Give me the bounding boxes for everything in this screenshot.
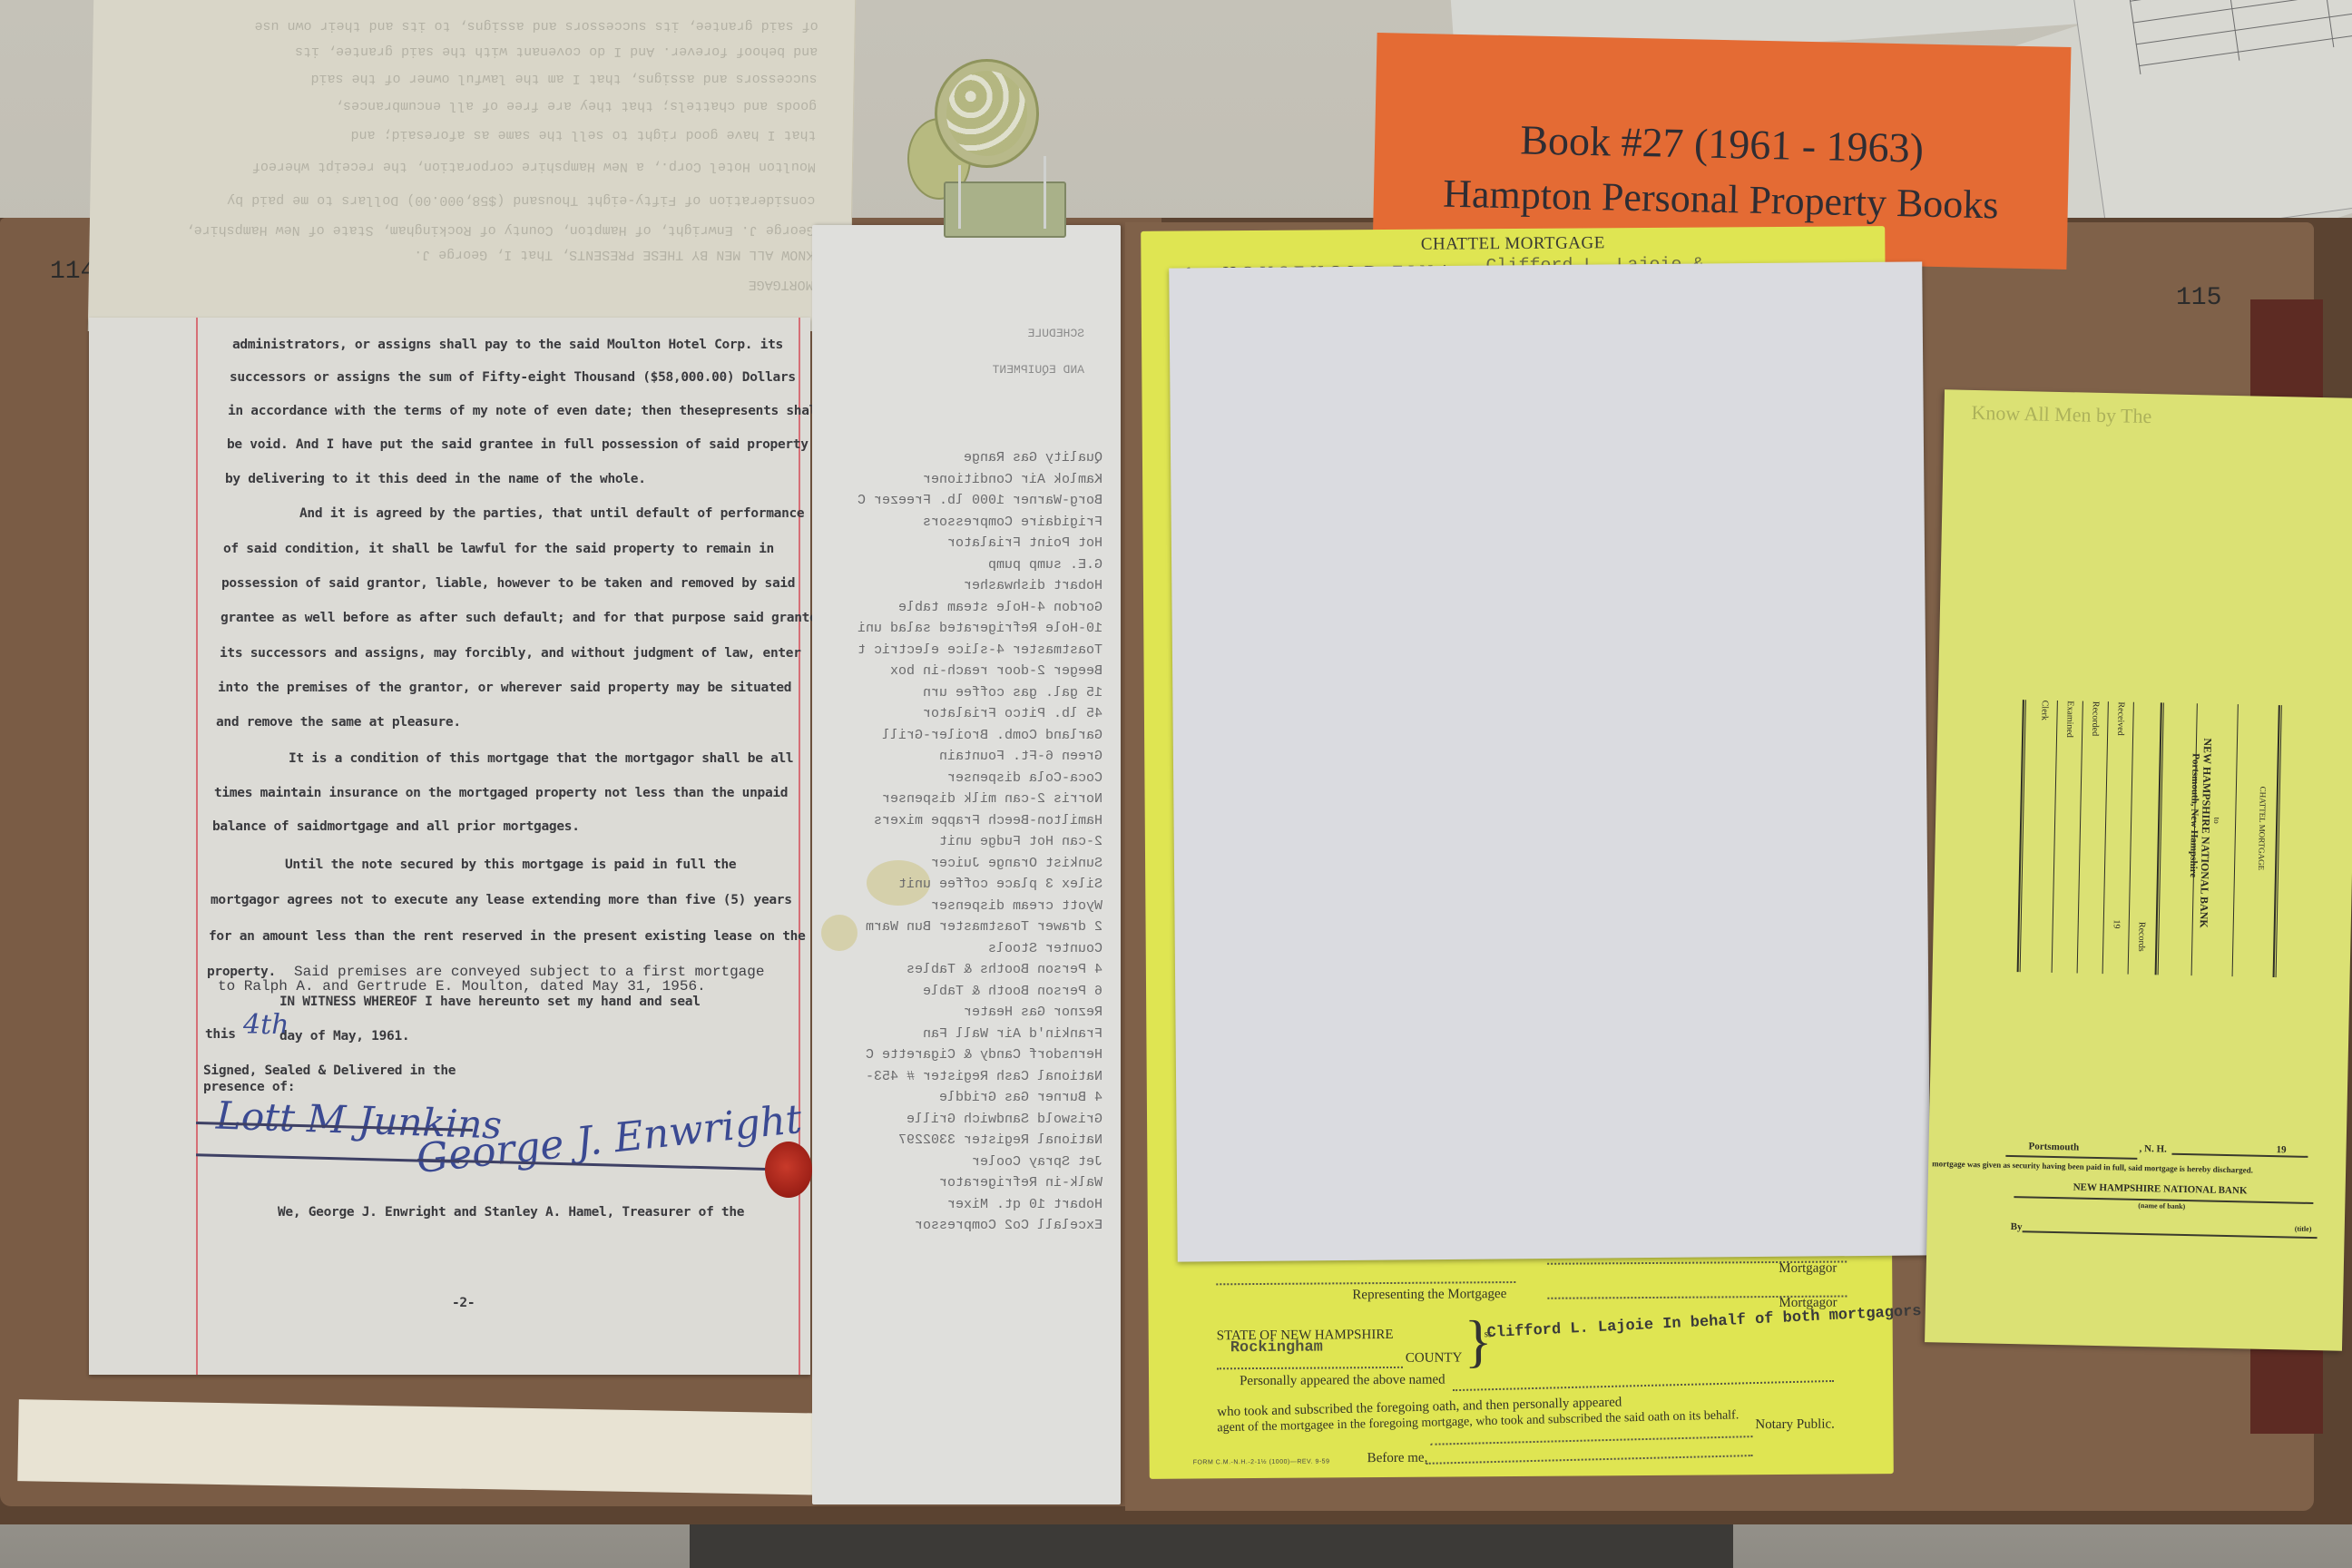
flap-text: and behoof forever. And I do covenant wi… [192, 44, 818, 59]
equipment-item: Excelall Co2 Compressor [830, 1215, 1102, 1237]
deed-added-clause: to Ralph A. and Gertrude E. Moulton, dat… [218, 978, 706, 995]
equipment-item: Counter Stools [830, 938, 1102, 960]
label-book-number: Book #27 (1961 - 1963) [1375, 113, 2070, 175]
deed-line: in accordance with the terms of my note … [228, 404, 825, 418]
equipment-item: Gordon 4-Hole steam table [830, 597, 1102, 619]
equipment-item: Hot Point Frialator [830, 533, 1102, 554]
deed-line: balance of saidmortgage and all prior mo… [212, 819, 580, 834]
equipment-item: 2 drawer Toastmaster Bun Warm [830, 916, 1102, 938]
rule [2102, 701, 2109, 974]
equipment-item: 2-can Hot Fudge unit [830, 831, 1102, 853]
deed-line: grantee as well before as after such def… [220, 611, 832, 625]
discharge-city: Portsmouth [2028, 1141, 2079, 1152]
page-number-right: 115 [2176, 284, 2221, 312]
equipment-item: National Cash Register # 453- [830, 1066, 1102, 1088]
deed-line: It is a condition of this mortgage that … [289, 751, 793, 766]
equipment-item: 45 lb. Pitco Frialator [830, 703, 1102, 725]
equipment-list: Quality Gas RangeKamlok Air ConditionerB… [830, 447, 1102, 1237]
equipment-item: Coca-Cola dispenser [830, 768, 1102, 789]
closing-line: We, George J. Enwright and Stanley A. Ha… [278, 1205, 744, 1220]
year-prefix: 19 [2112, 919, 2122, 928]
equipment-item: Hamilton-Beech Frappe mixers [830, 810, 1102, 832]
equipment-item: Quality Gas Range [830, 447, 1102, 469]
records-label: Records [2136, 922, 2147, 952]
witness-clause: IN WITNESS WHEREOF I have hereunto set m… [279, 995, 701, 1009]
deed-line: mortgagor agrees not to execute any leas… [211, 893, 792, 907]
typed-mortgagor-name: Clifford L. Lajoie In behalf of both mor… [1486, 1303, 1922, 1342]
equipment-item: 4 Person Booths & Tables [830, 959, 1102, 981]
equipment-item: Walk-in Refrigerator [830, 1172, 1102, 1194]
filing-endorsement: CHATTEL MORTGAGE to NEW HAMPSHIRE NATION… [2000, 700, 2296, 987]
equipment-item: Garland Comb. Broiler-Grill [830, 725, 1102, 747]
equipment-item: Beeger 2-door reach-in box [830, 661, 1102, 682]
clip-wire [958, 165, 961, 229]
equipment-item: Reznor Gas Heater [830, 1002, 1102, 1024]
equipment-item: Griswold Sandwich Grille [830, 1109, 1102, 1131]
binder-clip-icon[interactable] [944, 181, 1066, 238]
equipment-item: Hobart 10 qt. Mixer [830, 1194, 1102, 1216]
form-header: CHATTEL MORTGAGE [1141, 231, 1885, 257]
deed-line: for an amount less than the rent reserve… [209, 929, 806, 944]
title-label: (title) [2295, 1225, 2312, 1233]
county-typed: Rockingham [1230, 1339, 1323, 1357]
before-me-label: Before me, [1367, 1451, 1428, 1466]
flap-text: KNOW ALL MEN BY THESE PRESENTS, That I, … [252, 247, 814, 262]
rule [2052, 701, 2058, 973]
equipment-item: Kamlok Air Conditioner [830, 469, 1102, 491]
book-page-edge [17, 1399, 835, 1495]
deed-line: Until the note secured by this mortgage … [285, 857, 736, 872]
dotted-line [1217, 1367, 1403, 1369]
deed-line: its successors and assigns, may forcibly… [220, 646, 801, 661]
representing-label: Representing the Mortgagee [1352, 1287, 1506, 1303]
by-label: By [2011, 1221, 2023, 1232]
margin-line [196, 318, 198, 1375]
dotted-line [1431, 1436, 1753, 1445]
dotted-line [1426, 1455, 1753, 1465]
date-prefix: this [205, 1027, 236, 1042]
examined-label: Examined [2064, 701, 2075, 738]
page-footer: -2- [452, 1296, 475, 1310]
rule [2155, 702, 2164, 975]
equipment-item: Jet Spray Cooler [830, 1151, 1102, 1173]
deed-line: times maintain insurance on the mortgage… [214, 786, 788, 800]
mortgage-deed-page: administrators, or assigns shall pay to … [89, 318, 810, 1375]
mortgagor-label: Mortgagor [1779, 1261, 1837, 1277]
form-code: FORM C.M.-N.H.-2-1½ (1000)—REV. 9-59 [1193, 1458, 1330, 1465]
signed-sealed: Signed, Sealed & Delivered in the [203, 1063, 456, 1078]
equipment-item: Hobart dishwasher [830, 575, 1102, 597]
date-suffix: day of May, 1961. [279, 1029, 409, 1044]
discharge-bank: NEW HAMPSHIRE NATIONAL BANK [2073, 1181, 2248, 1196]
appeared-label: Personally appeared the above named [1240, 1373, 1445, 1390]
rule [2017, 700, 2026, 972]
equipment-item: Norris 2-can milk dispenser [830, 789, 1102, 810]
received-label: Received [2115, 701, 2126, 735]
equipment-item: 10-Hole Refrigerated salad uni [830, 618, 1102, 640]
rule [2273, 705, 2282, 977]
flap-text: successors and assigns, that I am the la… [192, 71, 818, 86]
blank-cover-sheet[interactable] [1169, 261, 1931, 1261]
equipment-item: Hernsdorf Candy & Cigarette C [830, 1044, 1102, 1066]
rule [2171, 1153, 2308, 1158]
equipment-item: Borg-Warner 1000 lb. Freezer C [830, 490, 1102, 512]
label-title: Hampton Personal Property Books [1373, 169, 2068, 230]
flap-text: that I have good right to sell the same … [191, 127, 816, 142]
deed-line: into the premises of the grantor, or whe… [218, 681, 791, 695]
deed-line: administrators, or assigns shall pay to … [232, 338, 783, 352]
clip-wire [1044, 156, 1046, 229]
deed-line: successors or assigns the sum of Fifty-e… [230, 370, 796, 385]
equipment-item: Silex 3 place coffee unit [830, 874, 1102, 896]
county-label: COUNTY [1406, 1350, 1463, 1366]
equipment-item: Frigidaire Compressors [830, 512, 1102, 534]
notary-label: Notary Public. [1755, 1417, 1835, 1434]
flap-text: of said grantee, its successors and assi… [193, 18, 818, 34]
rule [2232, 704, 2239, 976]
discharge-year: 19 [2276, 1144, 2286, 1155]
carbon-tissue-equipment-list[interactable]: SCHEDULEAND EQUIPMENT Quality Gas RangeK… [812, 225, 1121, 1504]
folded-page-flap[interactable]: of said grantee, its successors and assi… [88, 0, 856, 331]
equipment-item: Sunkist Orange Juicer [830, 853, 1102, 875]
deed-line: and remove the same at pleasure. [216, 715, 461, 730]
equipment-item: 4 Burner Gas Griddle [830, 1087, 1102, 1109]
to-label: to [2212, 818, 2221, 824]
flap-text: Moulton Hotel Corp., a New Hampshire cor… [191, 159, 816, 174]
deed-line: by delivering to it this deed in the nam… [225, 472, 646, 486]
deed-line: of said condition, it shall be lawful fo… [223, 542, 774, 556]
equipment-item: National Register 3302297 [830, 1130, 1102, 1151]
deed-line: be void. And I have put the said grantee… [227, 437, 808, 452]
deed-line: And it is agreed by the parties, that un… [299, 506, 804, 521]
flap-text: George J. Enwright, of Hampton, County o… [190, 222, 815, 238]
equipment-item: Toastmaster 4-slice electric t [830, 640, 1102, 661]
rule [2023, 1230, 2318, 1239]
flap-text: goods and chattels; that they are free o… [191, 98, 817, 113]
binder-clip-handle [935, 59, 1039, 168]
flap-text: MORTGAGE [388, 277, 814, 292]
equipment-item: Green 6-Ft. Fountain [830, 746, 1102, 768]
equipment-item: 15 gal. gas coffee urn [830, 682, 1102, 704]
rule [2128, 702, 2134, 975]
back-title: CHATTEL MORTGAGE [2257, 787, 2268, 871]
wax-seal-icon [765, 1142, 812, 1198]
name-of-bank-label: (name of bank) [2138, 1201, 2185, 1210]
equipment-item: G.E. sump pump [830, 554, 1102, 576]
dotted-line [1453, 1380, 1834, 1391]
margin-line [799, 318, 800, 1375]
mortgage-back-form: Know All Men by The CHATTEL MORTGAGE to … [1925, 389, 2352, 1350]
deed-line: property. [207, 965, 276, 979]
tissue-header: SCHEDULEAND EQUIPMENT [848, 316, 1084, 388]
rule [2005, 1155, 2137, 1160]
clerk-label: Clerk [2039, 701, 2049, 720]
discharge-text: mortgage was given as security having be… [1932, 1159, 2253, 1174]
rule [2077, 701, 2083, 974]
discharge-state: , N. H. [2139, 1143, 2166, 1155]
ghost-heading: Know All Men by The [1971, 401, 2151, 428]
equipment-item: Wyott cream dispenser [830, 896, 1102, 917]
flap-text: consideration of Fifty-eight Thousand ($… [190, 192, 815, 208]
dotted-line [1216, 1281, 1515, 1285]
deed-line: possession of said grantor, liable, howe… [221, 576, 795, 591]
recorded-label: Recorded [2090, 701, 2101, 737]
grid-form-sheet [2070, 0, 2352, 243]
equipment-item: Frankin'd Air Wall Fan [830, 1024, 1102, 1045]
equipment-item: 6 Person Booth & Table [830, 981, 1102, 1003]
